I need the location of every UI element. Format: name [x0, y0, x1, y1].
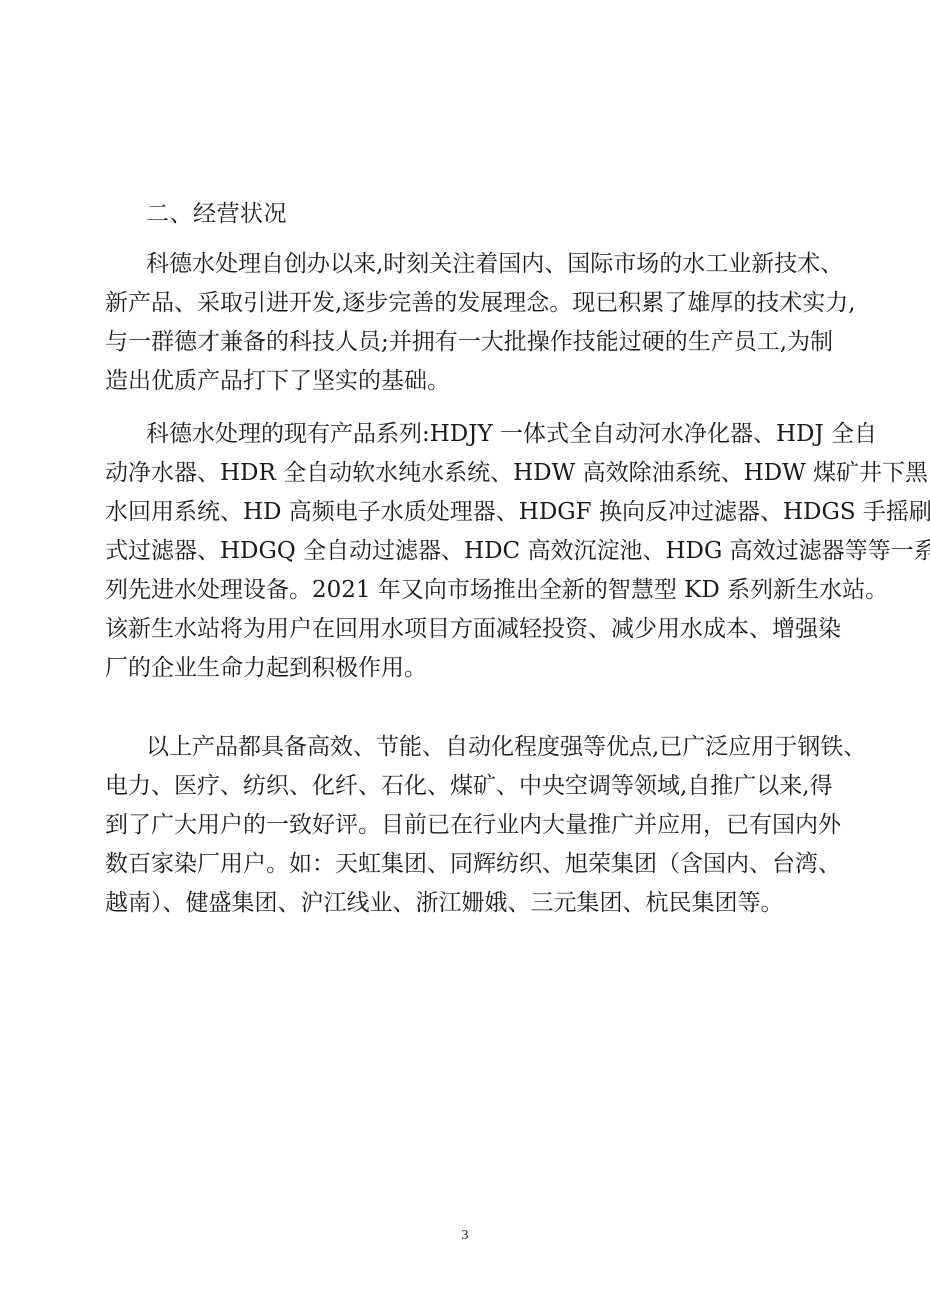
paragraph-line: 厂的企业生命力起到积极作用。	[105, 649, 807, 688]
page-number: 3	[0, 1228, 930, 1244]
paragraph-line: 式过滤器、HDGQ 全自动过滤器、HDC 高效沉淀池、HDG 高效过滤器等等一系	[105, 532, 807, 571]
paragraph-line: 水回用系统、HD 高频电子水质处理器、HDGF 换向反冲过滤器、HDGS 手摇刷	[105, 493, 807, 532]
section-heading: 二、经营状况	[146, 199, 287, 229]
paragraph-line: 新产品、采取引进开发,逐步完善的发展理念。现已积累了雄厚的技术实力,	[105, 284, 807, 323]
document-page: 二、经营状况 科德水处理自创办以来,时刻关注着国内、国际市场的水工业新技术、 新…	[0, 0, 930, 1315]
paragraph-line: 列先进水处理设备。2021 年又向市场推出全新的智慧型 KD 系列新生水站。	[105, 571, 807, 610]
paragraph-line: 越南）、健盛集团、沪江线业、浙江姗娥、三元集团、杭民集团等。	[105, 884, 807, 923]
paragraph-line: 科德水处理的现有产品系列:HDJY 一体式全自动河水净化器、HDJ 全自	[105, 415, 807, 454]
paragraph-line: 以上产品都具备高效、节能、自动化程度强等优点,已广泛应用于钢铁、	[105, 728, 807, 767]
paragraph-line: 动净水器、HDR 全自动软水纯水系统、HDW 高效除油系统、HDW 煤矿井下黑	[105, 454, 807, 493]
paragraph-line: 电力、医疗、纺织、化纤、石化、煤矿、中央空调等领域,自推广以来,得	[105, 767, 807, 806]
paragraph-line: 与一群德才兼备的科技人员;并拥有一大批操作技能过硬的生产员工,为制	[105, 323, 807, 362]
paragraph-line: 数百家染厂用户。如：天虹集团、同辉纺织、旭荣集团（含国内、台湾、	[105, 845, 807, 884]
paragraph-line: 科德水处理自创办以来,时刻关注着国内、国际市场的水工业新技术、	[105, 245, 807, 284]
paragraph-company-development: 科德水处理自创办以来,时刻关注着国内、国际市场的水工业新技术、 新产品、采取引进…	[105, 245, 807, 401]
paragraph-applications-customers: 以上产品都具备高效、节能、自动化程度强等优点,已广泛应用于钢铁、 电力、医疗、纺…	[105, 728, 807, 923]
paragraph-line: 该新生水站将为用户在回用水项目方面减轻投资、减少用水成本、增强染	[105, 610, 807, 649]
paragraph-product-series: 科德水处理的现有产品系列:HDJY 一体式全自动河水净化器、HDJ 全自 动净水…	[105, 415, 807, 688]
paragraph-line: 到了广大用户的一致好评。目前已在行业内大量推广并应用，已有国内外	[105, 806, 807, 845]
paragraph-line: 造出优质产品打下了坚实的基础。	[105, 362, 807, 401]
